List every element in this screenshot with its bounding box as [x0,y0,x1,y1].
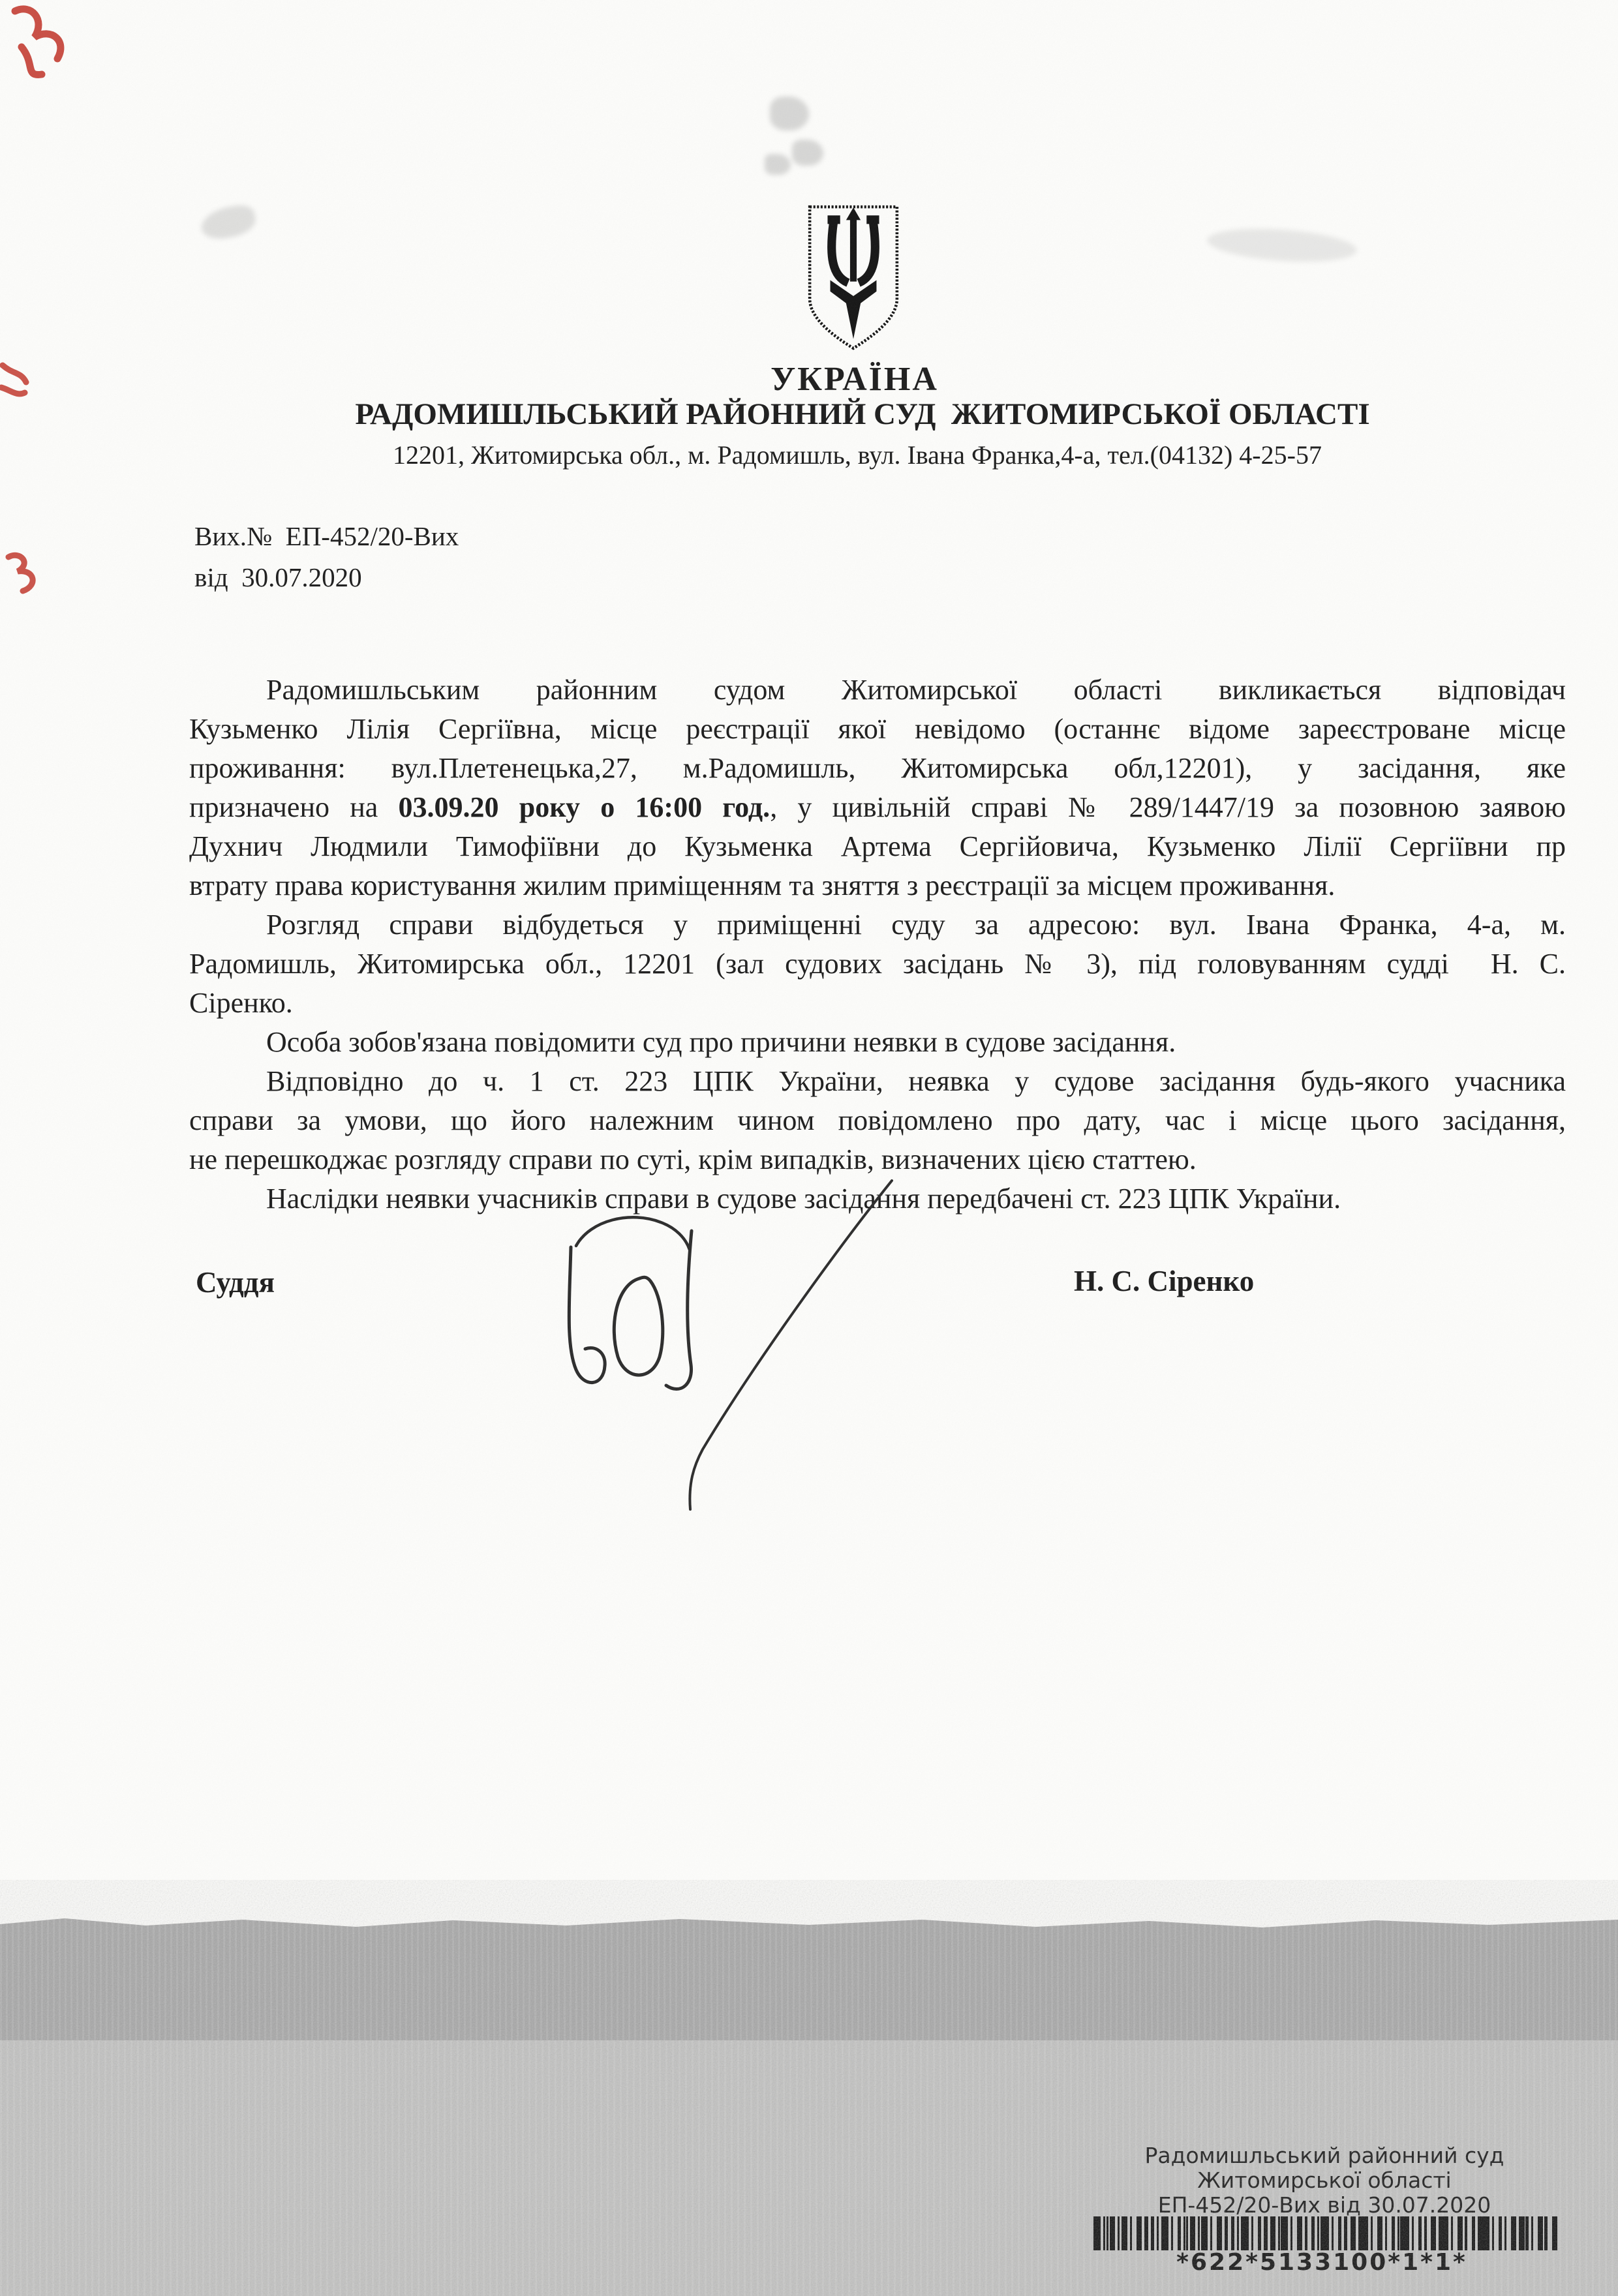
scanned-court-summons-page: УКРАЇНА РАДОМИШЛЬСЬКИЙ РАЙОННИЙ СУД ЖИТО… [0,0,1618,2296]
scan-noise-overlay [0,0,1618,2296]
